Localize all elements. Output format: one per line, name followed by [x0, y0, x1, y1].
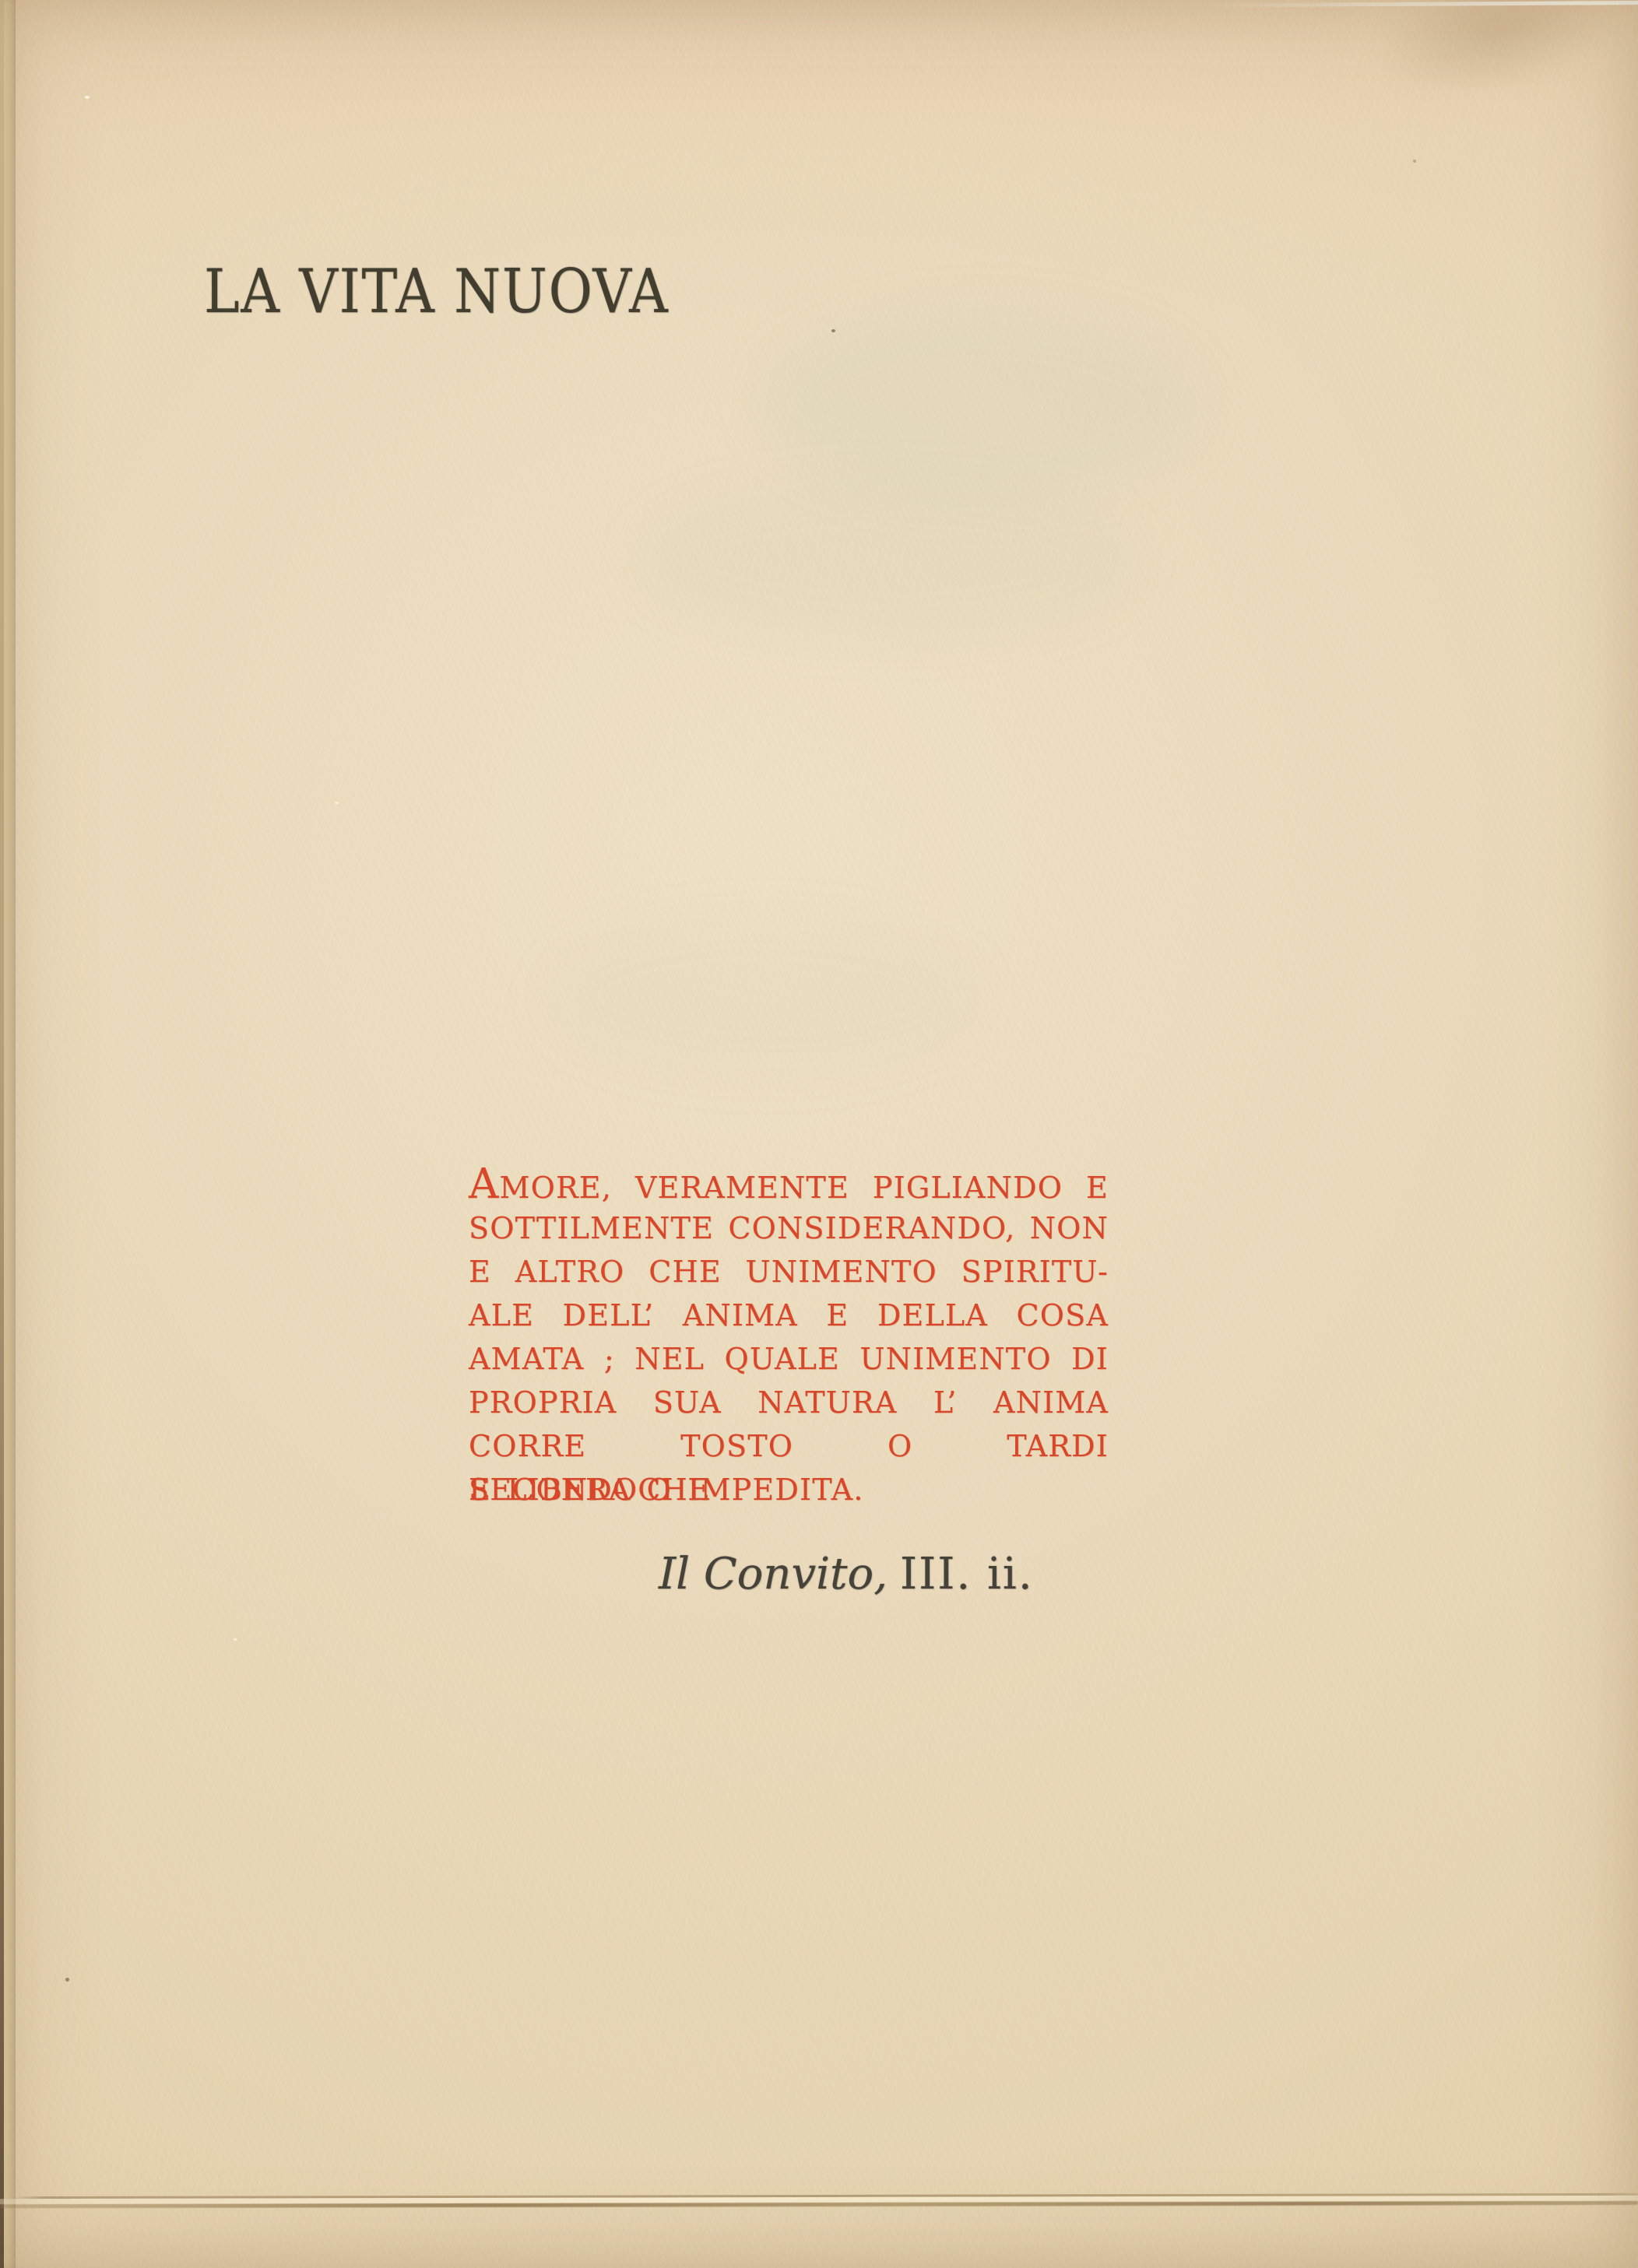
quote-line: CORRE TOSTO O TARDI SECONDOCHE	[469, 1424, 1109, 1468]
paper-fleck	[85, 96, 90, 99]
attribution: Il Convito,III. ii.	[659, 1548, 1034, 1600]
paper-vignette	[0, 0, 1638, 2268]
paper-fleck	[234, 1638, 237, 1641]
epigraph-quote: AMORE, VERAMENTE PIGLIANDO E SOTTILMENTE…	[469, 1163, 1109, 1511]
paper-top-tint	[0, 0, 1638, 2268]
quote-line: PROPRIA SUA NATURA L’ ANIMA	[469, 1381, 1109, 1424]
paper-speck	[1413, 160, 1416, 163]
quote-line: AMORE, VERAMENTE PIGLIANDO E	[469, 1163, 1109, 1206]
quote-line: AMATA ; NEL QUALE UNIMENTO DI	[469, 1337, 1109, 1381]
drop-initial: A	[469, 1160, 499, 1208]
book-page: LA VITA NUOVA AMORE, VERAMENTE PIGLIANDO…	[0, 0, 1638, 2268]
page-title: LA VITA NUOVA	[204, 262, 669, 322]
quote-line: E ALTRO CHE UNIMENTO SPIRITU-	[469, 1250, 1109, 1294]
quote-line: ALE DELL’ ANIMA E DELLA COSA	[469, 1294, 1109, 1337]
paper-speck	[831, 329, 835, 332]
quote-line-text: MORE, VERAMENTE PIGLIANDO E	[499, 1171, 1109, 1205]
show-through-smudge	[638, 483, 1137, 638]
quote-line: SOTTILMENTE CONSIDERANDO, NON	[469, 1206, 1109, 1250]
paper-fleck	[335, 802, 339, 804]
binding-shadow	[0, 0, 4, 2268]
show-through-smudge	[763, 311, 1199, 498]
attribution-source: Il Convito,	[659, 1549, 888, 1599]
paper-fiber-texture	[0, 0, 1638, 2268]
attribution-reference: III. ii.	[900, 1549, 1034, 1599]
paper-speck	[65, 1978, 69, 1982]
page-edge-highlight	[1202, 1, 1638, 7]
quote-line: E LIBERA O IMPEDITA.	[469, 1468, 1109, 1511]
page-corner-shading	[1305, 0, 1638, 152]
leaf-fold-line	[0, 2193, 1638, 2208]
show-through-smudge	[545, 918, 981, 1074]
